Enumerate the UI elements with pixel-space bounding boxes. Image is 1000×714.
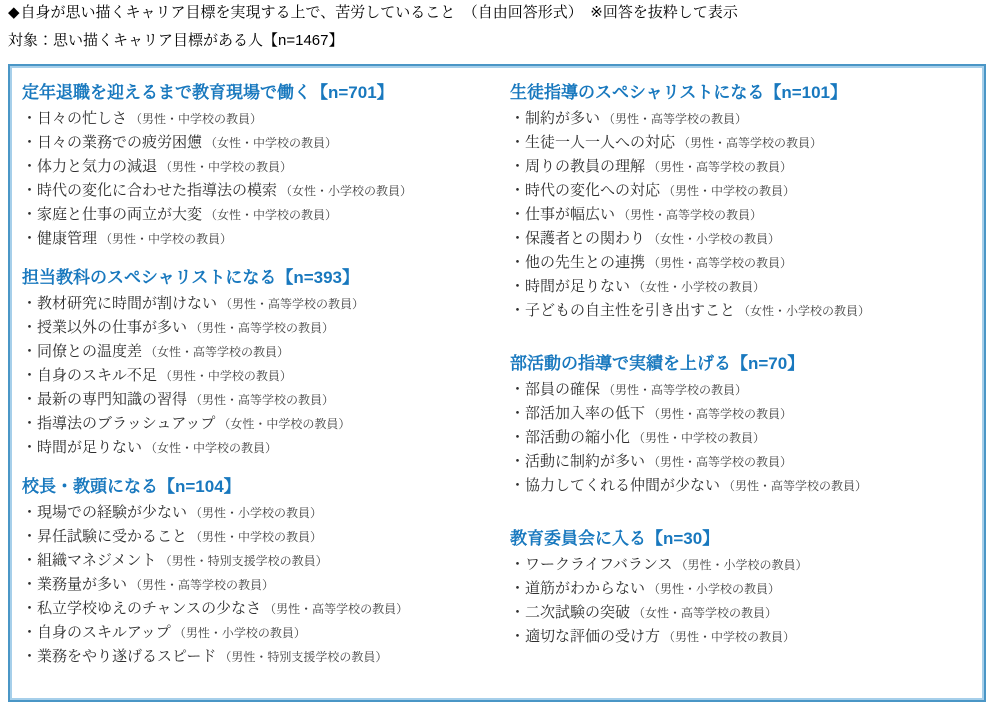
list-item: ・時間が足りない（女性・中学校の教員）	[22, 436, 500, 460]
target-description: 対象：思い描くキャリア目標がある人【n=1467】	[8, 32, 343, 49]
list-item: ・適切な評価の受け方（男性・中学校の教員）	[510, 625, 978, 649]
item-attribute: （男性・特別支援学校の教員）	[160, 554, 328, 568]
response-group: 担当教科のスペシャリストになる【n=393】・教材研究に時間が割けない（男性・高…	[22, 265, 500, 460]
list-item: ・部員の確保（男性・高等学校の教員）	[510, 378, 978, 402]
list-item: ・自身のスキルアップ（男性・小学校の教員）	[22, 621, 500, 645]
list-item: ・業務量が多い（男性・高等学校の教員）	[22, 573, 500, 597]
list-item: ・家庭と仕事の両立が大変（女性・中学校の教員）	[22, 203, 500, 227]
response-group: 部活動の指導で実績を上げる【n=70】・部員の確保（男性・高等学校の教員）・部活…	[510, 351, 978, 498]
item-text: ・健康管理	[22, 230, 97, 247]
item-text: ・業務量が多い	[22, 576, 127, 593]
diamond-bullet-icon: ◆	[8, 4, 20, 21]
group-title: 定年退職を迎えるまで教育現場で働く【n=701】	[22, 80, 500, 105]
item-text: ・業務をやり遂げるスピード	[22, 648, 216, 665]
item-attribute: （男性・中学校の教員）	[663, 184, 795, 198]
list-item: ・仕事が幅広い（男性・高等学校の教員）	[510, 203, 978, 227]
item-attribute: （女性・高等学校の教員）	[633, 606, 777, 620]
list-item: ・生徒一人一人への対応（男性・高等学校の教員）	[510, 131, 978, 155]
item-text: ・子どもの自主性を引き出すこと	[510, 302, 735, 319]
item-text: ・部活動の縮小化	[510, 429, 630, 446]
list-item: ・健康管理（男性・中学校の教員）	[22, 227, 500, 251]
item-attribute: （男性・小学校の教員）	[190, 506, 322, 520]
item-attribute: （男性・高等学校の教員）	[220, 297, 364, 311]
list-item: ・教材研究に時間が割けない（男性・高等学校の教員）	[22, 292, 500, 316]
item-attribute: （男性・特別支援学校の教員）	[219, 650, 387, 664]
list-item: ・体力と気力の減退（男性・中学校の教員）	[22, 155, 500, 179]
list-item: ・時代の変化に合わせた指導法の模索（女性・小学校の教員）	[22, 179, 500, 203]
item-text: ・昇任試験に受かること	[22, 528, 187, 545]
item-text: ・時代の変化への対応	[510, 182, 660, 199]
item-text: ・適切な評価の受け方	[510, 628, 660, 645]
item-text: ・日々の業務での疲労困憊	[22, 134, 202, 151]
item-attribute: （男性・中学校の教員）	[190, 530, 322, 544]
group-title: 担当教科のスペシャリストになる【n=393】	[22, 265, 500, 290]
item-text: ・体力と気力の減退	[22, 158, 157, 175]
item-attribute: （男性・中学校の教員）	[633, 431, 765, 445]
item-text: ・ワークライフバランス	[510, 556, 672, 573]
list-item: ・組織マネジメント（男性・特別支援学校の教員）	[22, 549, 500, 573]
item-attribute: （男性・高等学校の教員）	[130, 578, 274, 592]
item-text: ・日々の忙しさ	[22, 110, 127, 127]
list-item: ・協力してくれる仲間が少ない（男性・高等学校の教員）	[510, 474, 978, 498]
item-text: ・現場での経験が少ない	[22, 504, 187, 521]
list-item: ・他の先生との連携（男性・高等学校の教員）	[510, 251, 978, 275]
item-attribute: （男性・中学校の教員）	[160, 160, 292, 174]
item-attribute: （男性・高等学校の教員）	[264, 602, 408, 616]
item-text: ・時間が足りない	[510, 278, 630, 295]
item-attribute: （女性・高等学校の教員）	[145, 345, 289, 359]
response-group: 生徒指導のスペシャリストになる【n=101】・制約が多い（男性・高等学校の教員）…	[510, 80, 978, 323]
list-item: ・部活加入率の低下（男性・高等学校の教員）	[510, 402, 978, 426]
item-attribute: （男性・小学校の教員）	[648, 582, 780, 596]
list-item: ・現場での経験が少ない（男性・小学校の教員）	[22, 501, 500, 525]
item-text: ・同僚との温度差	[22, 343, 142, 360]
item-text: ・時間が足りない	[22, 439, 142, 456]
item-text: ・教材研究に時間が割けない	[22, 295, 217, 312]
item-text: ・部活加入率の低下	[510, 405, 645, 422]
item-attribute: （男性・高等学校の教員）	[648, 407, 792, 421]
item-attribute: （男性・中学校の教員）	[130, 112, 262, 126]
list-item: ・日々の業務での疲労困憊（女性・中学校の教員）	[22, 131, 500, 155]
item-text: ・保護者との関わり	[510, 230, 645, 247]
item-text: ・協力してくれる仲間が少ない	[510, 477, 720, 494]
item-attribute: （男性・高等学校の教員）	[648, 455, 792, 469]
target-line: 対象：思い描くキャリア目標がある人【n=1467】	[8, 32, 992, 50]
list-item: ・時間が足りない（女性・小学校の教員）	[510, 275, 978, 299]
page-title-line: ◆自身が思い描くキャリア目標を実現する上で、苦労していること （自由回答形式） …	[8, 4, 992, 22]
item-attribute: （男性・小学校の教員）	[174, 626, 306, 640]
item-attribute: （男性・中学校の教員）	[663, 630, 795, 644]
response-group: 定年退職を迎えるまで教育現場で働く【n=701】・日々の忙しさ（男性・中学校の教…	[22, 80, 500, 251]
list-item: ・日々の忙しさ（男性・中学校の教員）	[22, 107, 500, 131]
list-item: ・二次試験の突破（女性・高等学校の教員）	[510, 601, 978, 625]
item-attribute: （男性・中学校の教員）	[100, 232, 232, 246]
list-item: ・私立学校ゆえのチャンスの少なさ（男性・高等学校の教員）	[22, 597, 500, 621]
response-group: 教育委員会に入る【n=30】・ワークライフバランス（男性・小学校の教員）・道筋が…	[510, 526, 978, 649]
response-group: 校長・教頭になる【n=104】・現場での経験が少ない（男性・小学校の教員）・昇任…	[22, 474, 500, 669]
item-text: ・自身のスキル不足	[22, 367, 157, 384]
list-item: ・業務をやり遂げるスピード（男性・特別支援学校の教員）	[22, 645, 500, 669]
group-title: 校長・教頭になる【n=104】	[22, 474, 500, 499]
item-text: ・周りの教員の理解	[510, 158, 645, 175]
list-item: ・子どもの自主性を引き出すこと（女性・小学校の教員）	[510, 299, 978, 323]
item-attribute: （女性・小学校の教員）	[648, 232, 780, 246]
column-right: 生徒指導のスペシャリストになる【n=101】・制約が多い（男性・高等学校の教員）…	[500, 80, 978, 694]
list-item: ・指導法のブラッシュアップ（女性・中学校の教員）	[22, 412, 500, 436]
item-attribute: （女性・小学校の教員）	[633, 280, 765, 294]
item-attribute: （女性・小学校の教員）	[280, 184, 412, 198]
group-title: 教育委員会に入る【n=30】	[510, 526, 978, 551]
group-title: 生徒指導のスペシャリストになる【n=101】	[510, 80, 978, 105]
item-attribute: （男性・高等学校の教員）	[648, 256, 792, 270]
item-text: ・指導法のブラッシュアップ	[22, 415, 215, 432]
page-header: ◆自身が思い描くキャリア目標を実現する上で、苦労していること （自由回答形式） …	[8, 4, 992, 60]
list-item: ・ワークライフバランス（男性・小学校の教員）	[510, 553, 978, 577]
item-attribute: （男性・小学校の教員）	[675, 558, 807, 572]
item-text: ・自身のスキルアップ	[22, 624, 171, 641]
item-text: ・仕事が幅広い	[510, 206, 615, 223]
list-item: ・自身のスキル不足（男性・中学校の教員）	[22, 364, 500, 388]
item-attribute: （男性・高等学校の教員）	[603, 383, 747, 397]
item-attribute: （男性・高等学校の教員）	[648, 160, 792, 174]
item-text: ・部員の確保	[510, 381, 600, 398]
page-title: 自身が思い描くキャリア目標を実現する上で、苦労していること （自由回答形式） ※…	[21, 4, 738, 21]
item-attribute: （女性・小学校の教員）	[738, 304, 870, 318]
item-attribute: （男性・高等学校の教員）	[618, 208, 762, 222]
item-text: ・二次試験の突破	[510, 604, 630, 621]
item-text: ・組織マネジメント	[22, 552, 157, 569]
item-text: ・私立学校ゆえのチャンスの少なさ	[22, 600, 261, 617]
item-attribute: （男性・高等学校の教員）	[190, 321, 334, 335]
item-attribute: （女性・中学校の教員）	[145, 441, 277, 455]
list-item: ・保護者との関わり（女性・小学校の教員）	[510, 227, 978, 251]
item-attribute: （男性・中学校の教員）	[160, 369, 292, 383]
item-text: ・道筋がわからない	[510, 580, 645, 597]
item-attribute: （女性・中学校の教員）	[205, 208, 337, 222]
list-item: ・同僚との温度差（女性・高等学校の教員）	[22, 340, 500, 364]
list-item: ・時代の変化への対応（男性・中学校の教員）	[510, 179, 978, 203]
item-text: ・家庭と仕事の両立が大変	[22, 206, 202, 223]
item-attribute: （男性・高等学校の教員）	[603, 112, 747, 126]
survey-results-page: ◆自身が思い描くキャリア目標を実現する上で、苦労していること （自由回答形式） …	[0, 0, 1000, 714]
list-item: ・昇任試験に受かること（男性・中学校の教員）	[22, 525, 500, 549]
item-text: ・授業以外の仕事が多い	[22, 319, 187, 336]
list-item: ・最新の専門知識の習得（男性・高等学校の教員）	[22, 388, 500, 412]
list-item: ・制約が多い（男性・高等学校の教員）	[510, 107, 978, 131]
item-text: ・他の先生との連携	[510, 254, 645, 271]
item-text: ・最新の専門知識の習得	[22, 391, 187, 408]
list-item: ・道筋がわからない（男性・小学校の教員）	[510, 577, 978, 601]
item-attribute: （男性・高等学校の教員）	[723, 479, 867, 493]
item-attribute: （男性・高等学校の教員）	[678, 136, 822, 150]
item-attribute: （男性・高等学校の教員）	[190, 393, 334, 407]
item-attribute: （女性・中学校の教員）	[218, 417, 350, 431]
group-title: 部活動の指導で実績を上げる【n=70】	[510, 351, 978, 376]
column-left: 定年退職を迎えるまで教育現場で働く【n=701】・日々の忙しさ（男性・中学校の教…	[22, 80, 500, 694]
list-item: ・周りの教員の理解（男性・高等学校の教員）	[510, 155, 978, 179]
item-text: ・制約が多い	[510, 110, 600, 127]
list-item: ・活動に制約が多い（男性・高等学校の教員）	[510, 450, 978, 474]
responses-panel: 定年退職を迎えるまで教育現場で働く【n=701】・日々の忙しさ（男性・中学校の教…	[8, 64, 986, 702]
item-text: ・時代の変化に合わせた指導法の模索	[22, 182, 277, 199]
item-attribute: （女性・中学校の教員）	[205, 136, 337, 150]
item-text: ・生徒一人一人への対応	[510, 134, 675, 151]
list-item: ・部活動の縮小化（男性・中学校の教員）	[510, 426, 978, 450]
list-item: ・授業以外の仕事が多い（男性・高等学校の教員）	[22, 316, 500, 340]
item-text: ・活動に制約が多い	[510, 453, 645, 470]
